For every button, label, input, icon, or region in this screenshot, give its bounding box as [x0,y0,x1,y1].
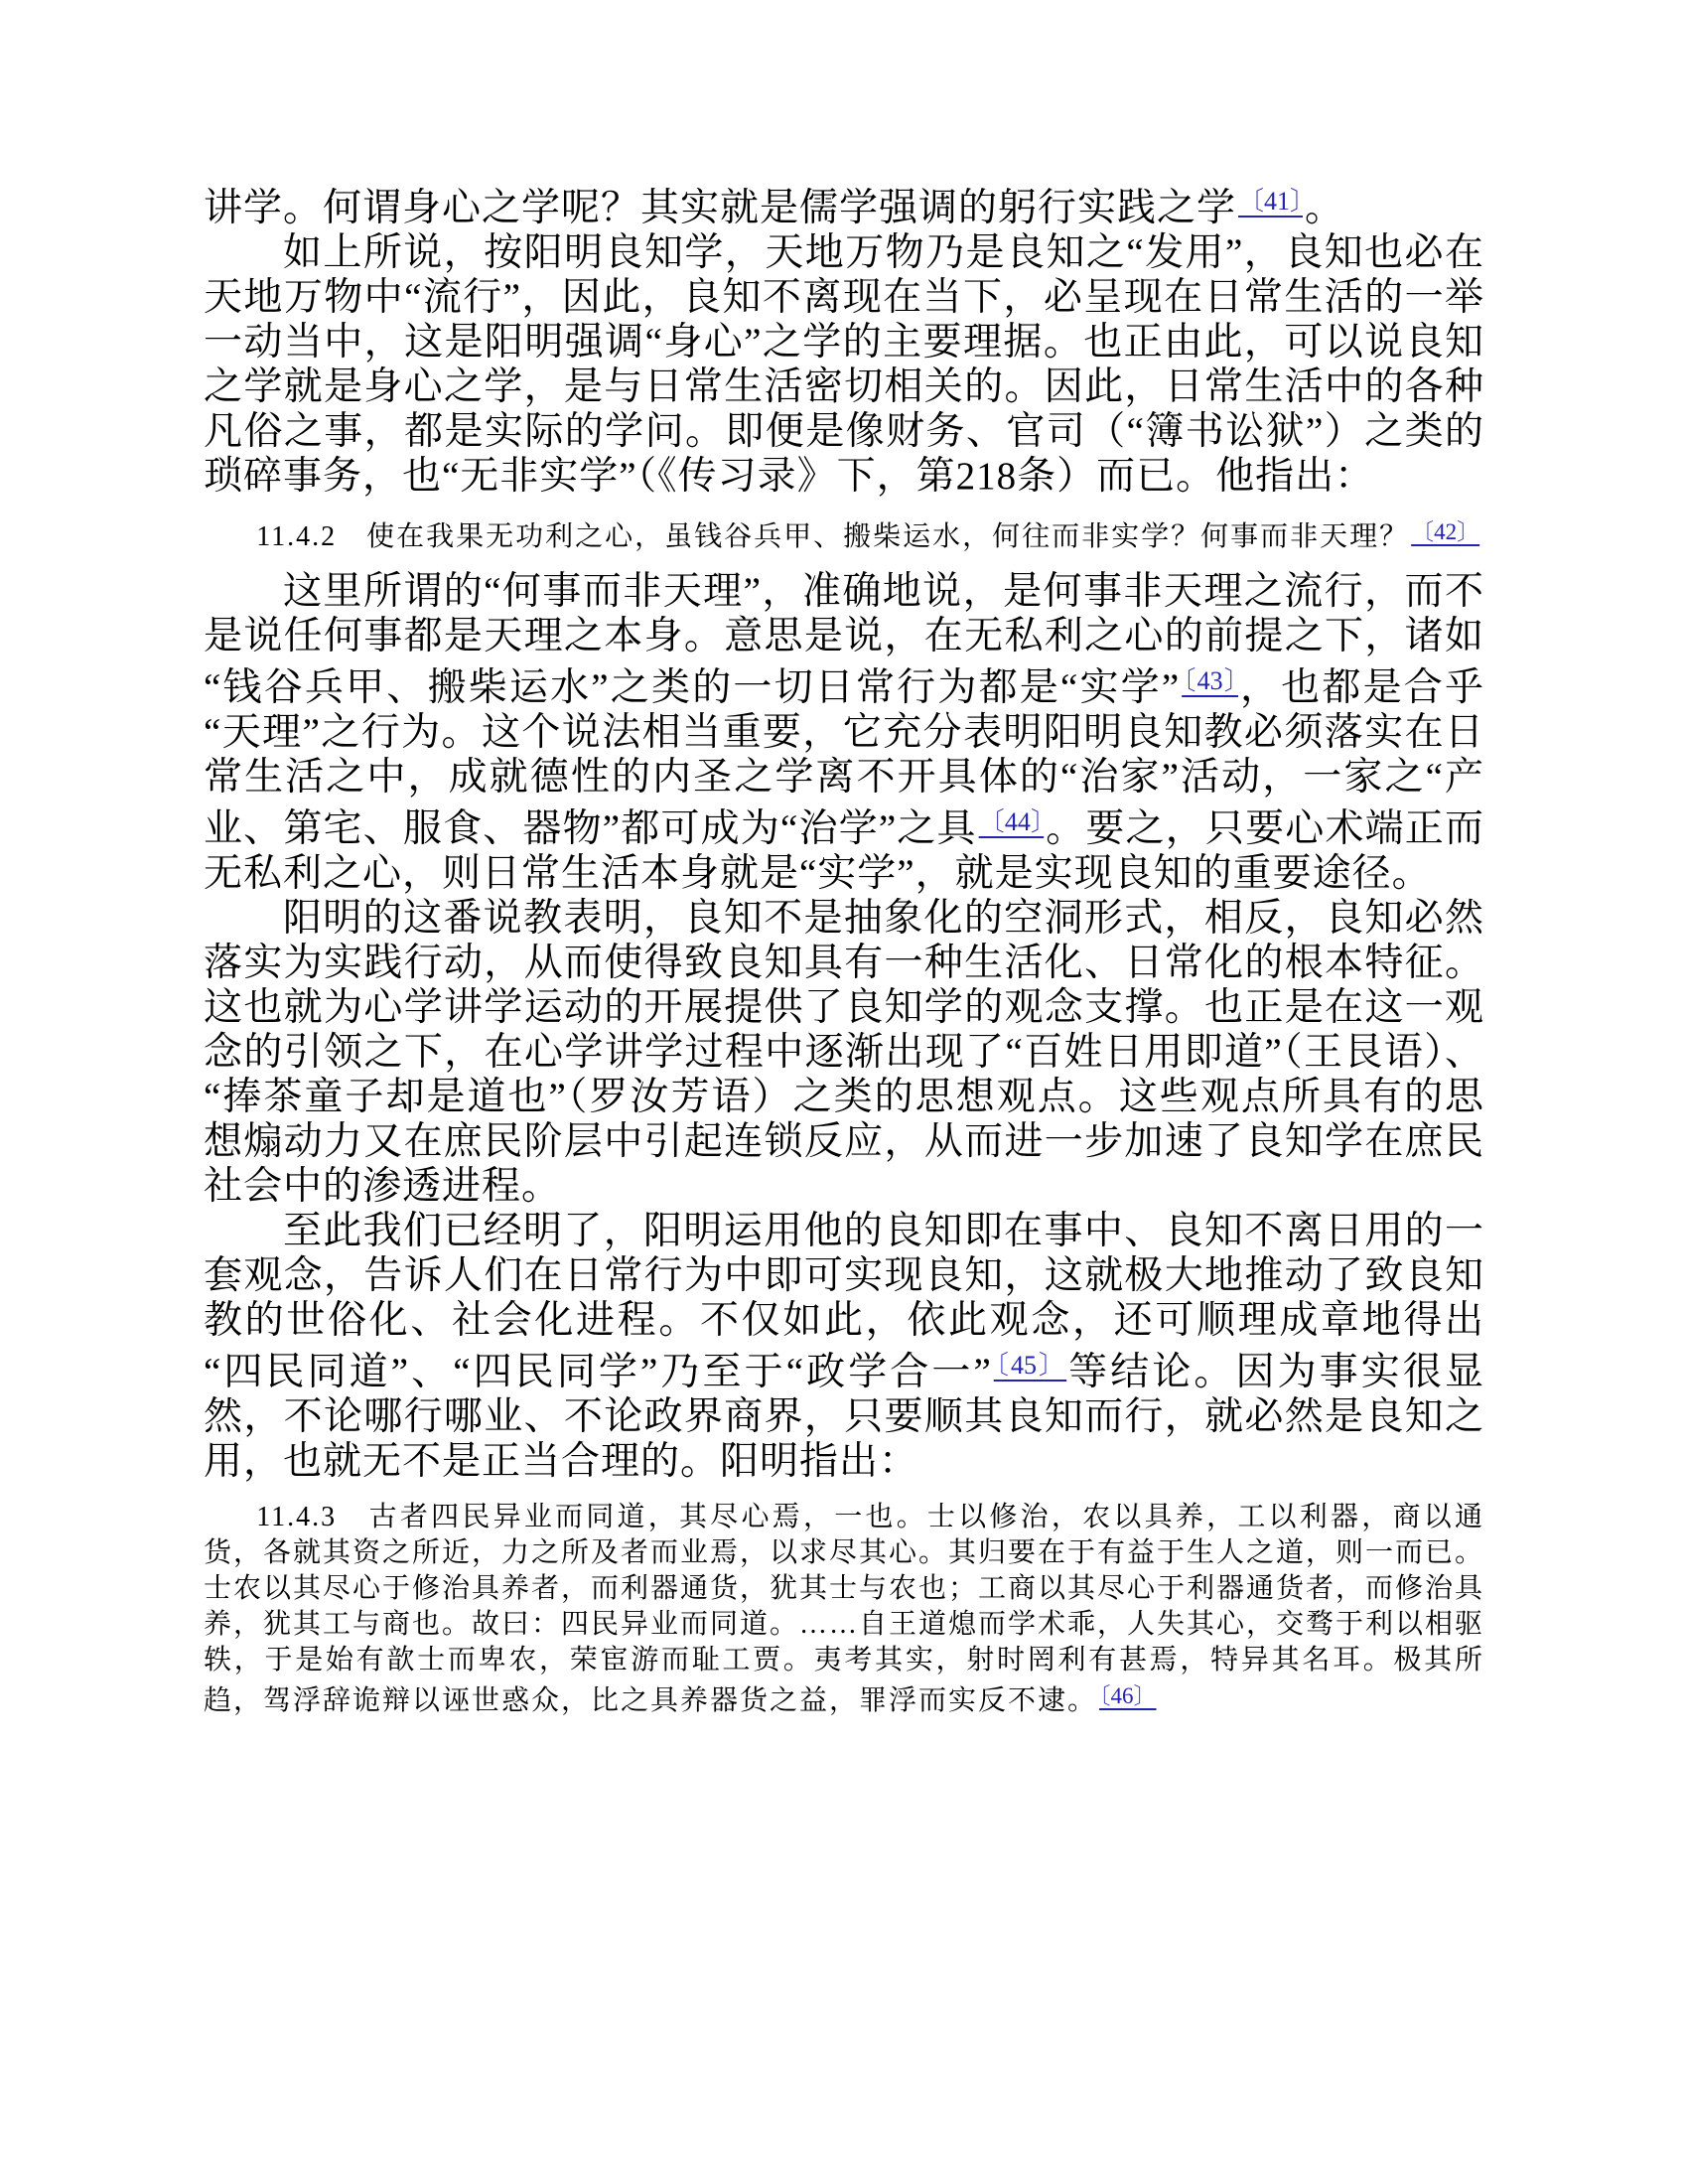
document-page: 讲学。何谓身心之学呢？其实就是儒学强调的躬行实践之学〔41〕。如上所说，按阳明良… [0,0,1687,2184]
block-quote: 11.4.2 使在我果无功利之心，虽钱谷兵甲、搬柴运水，何往而非实学？何事而非天… [204,514,1484,555]
text-run: 。 [1305,187,1344,229]
footnote-ref-46[interactable]: 〔46〕 [1097,1683,1159,1708]
text-run: 阳明的这番说教表明，良知不是抽象化的空洞形式，相反，良知必然落实为实践行动，从而… [204,897,1484,1208]
text-run: 11.4.3 古者四民异业而同道，其尽心焉，一也。士以修治，农以具养，工以利器，… [204,1502,1484,1716]
text-run: 11.4.2 使在我果无功利之心，虽钱谷兵甲、搬柴运水，何往而非实学？何事而非天… [256,521,1409,552]
paragraph: 讲学。何谓身心之学呢？其实就是儒学强调的躬行实践之学〔41〕。 [204,179,1484,230]
footnote-ref-45[interactable]: 〔45〕 [992,1351,1068,1380]
footnote-ref-43[interactable]: 〔43〕 [1180,666,1240,695]
text-run: 如上所说，按阳明良知学，天地万物乃是良知之“发用”，良知也必在天地万物中“流行”… [204,231,1484,498]
footnote-ref-42[interactable]: 〔42〕 [1409,519,1481,544]
paragraph: 阳明的这番说教表明，良知不是抽象化的空洞形式，相反，良知必然落实为实践行动，从而… [204,896,1484,1209]
text-run: 讲学。何谓身心之学呢？其实就是儒学强调的躬行实践之学 [204,187,1236,229]
paragraph: 如上所说，按阳明良知学，天地万物乃是良知之“发用”，良知也必在天地万物中“流行”… [204,230,1484,499]
paragraph: 这里所谓的“何事而非天理”，准确地说，是何事非天理之流行，而不是说任何事都是天理… [204,569,1484,896]
footnote-ref-41[interactable]: 〔41〕 [1236,187,1305,216]
paragraph: 至此我们已经明了，阳明运用他的良知即在事中、良知不离日用的一套观念，告诉人们在日… [204,1209,1484,1484]
footnote-ref-44[interactable]: 〔44〕 [977,807,1047,836]
text-column: 讲学。何谓身心之学呢？其实就是儒学强调的躬行实践之学〔41〕。如上所说，按阳明良… [204,179,1484,1733]
block-quote: 11.4.3 古者四民异业而同道，其尽心焉，一也。士以修治，农以具养，工以利器，… [204,1500,1484,1719]
